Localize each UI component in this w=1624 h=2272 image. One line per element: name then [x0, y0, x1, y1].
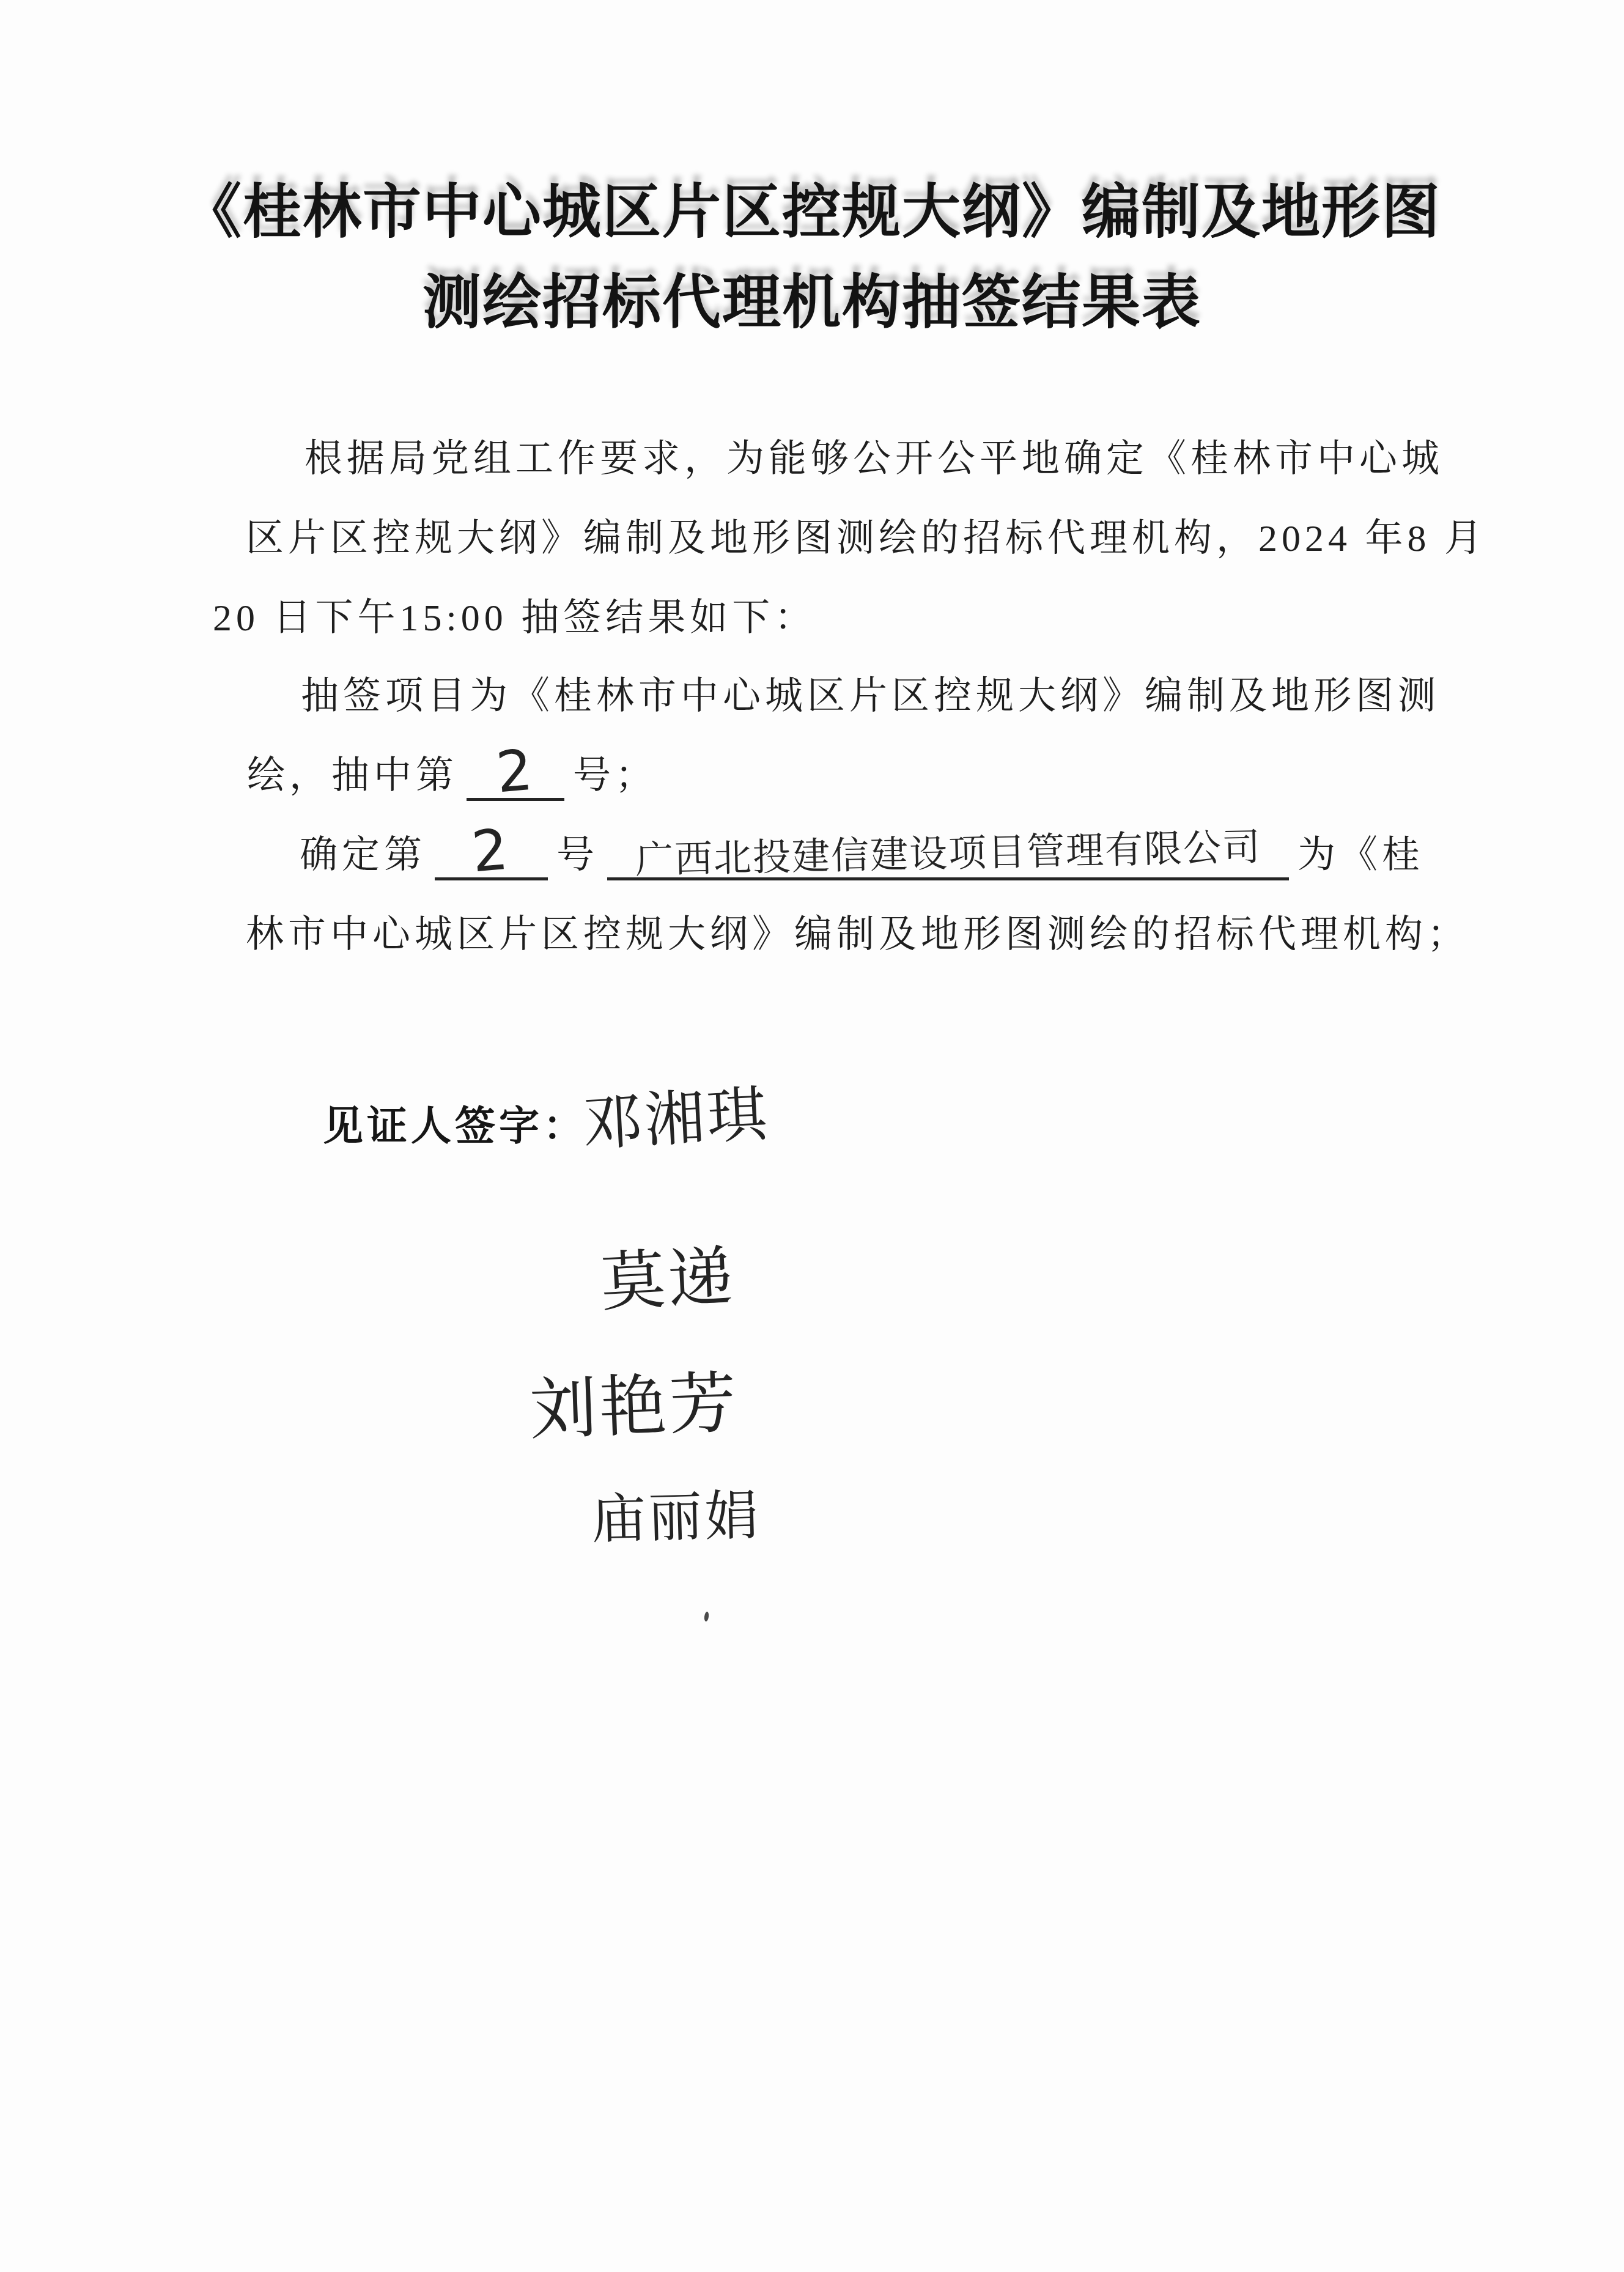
paragraph3-line1: 确定第2号广西北投建信建设项目管理有限公司为《桂: [300, 824, 1424, 880]
paragraph2-line2-suffix: 号；: [573, 755, 657, 797]
paragraph3-line1-mid: 号: [556, 835, 599, 876]
paragraph2-line2: 绘，抽中第2号；: [247, 745, 657, 801]
handwritten-signature-witness: 邓湘琪: [580, 1066, 772, 1162]
handwritten-signature-1: 莫递: [598, 1224, 737, 1324]
paragraph3-line1-text: 确定第: [300, 835, 426, 876]
blank-underline-drawn-number: 2: [467, 748, 564, 801]
handwritten-signature-3: 庙丽娟: [591, 1472, 761, 1554]
handwritten-company-name: 广西北投建信建设项目管理有限公司: [635, 830, 1261, 877]
paragraph2-line2-text: 绘，抽中第: [247, 755, 458, 797]
witness-signature-label: 见证人签字：: [323, 1093, 587, 1151]
paragraph2-line1: 抽签项目为《桂林市中心城区片区控规大纲》编制及地形图测: [301, 665, 1440, 720]
handwritten-confirmed-number: 2: [470, 828, 512, 873]
blank-underline-confirmed-number: 2: [435, 827, 548, 880]
paragraph1-line2: 区片区控规大纲》编制及地形图测绘的招标代理机构，2024 年8 月: [246, 507, 1486, 562]
document-title-line1: 《桂林市中心城区片区控规大纲》编制及地形图: [0, 165, 1624, 249]
document-page: 《桂林市中心城区片区控规大纲》编制及地形图 测绘招标代理机构抽签结果表 根据局党…: [0, 0, 1624, 2272]
paragraph1-line1: 根据局党组工作要求，为能够公开公平地确定《桂林市中心城: [304, 428, 1444, 482]
handwritten-drawn-number: 2: [495, 748, 536, 794]
blank-underline-company-name: 广西北投建信建设项目管理有限公司: [607, 834, 1289, 880]
paragraph3-line2: 林市中心城区片区控规大纲》编制及地形图测绘的招标代理机构；: [246, 904, 1469, 958]
document-title-line2: 测绘招标代理机构抽签结果表: [0, 256, 1624, 339]
scan-speck: [704, 1612, 709, 1622]
paragraph3-line1-suffix: 为《桂: [1297, 835, 1424, 876]
paragraph1-line3: 20 日下午15:00 抽签结果如下：: [213, 587, 816, 641]
handwritten-signature-2: 刘艳芳: [528, 1349, 740, 1453]
